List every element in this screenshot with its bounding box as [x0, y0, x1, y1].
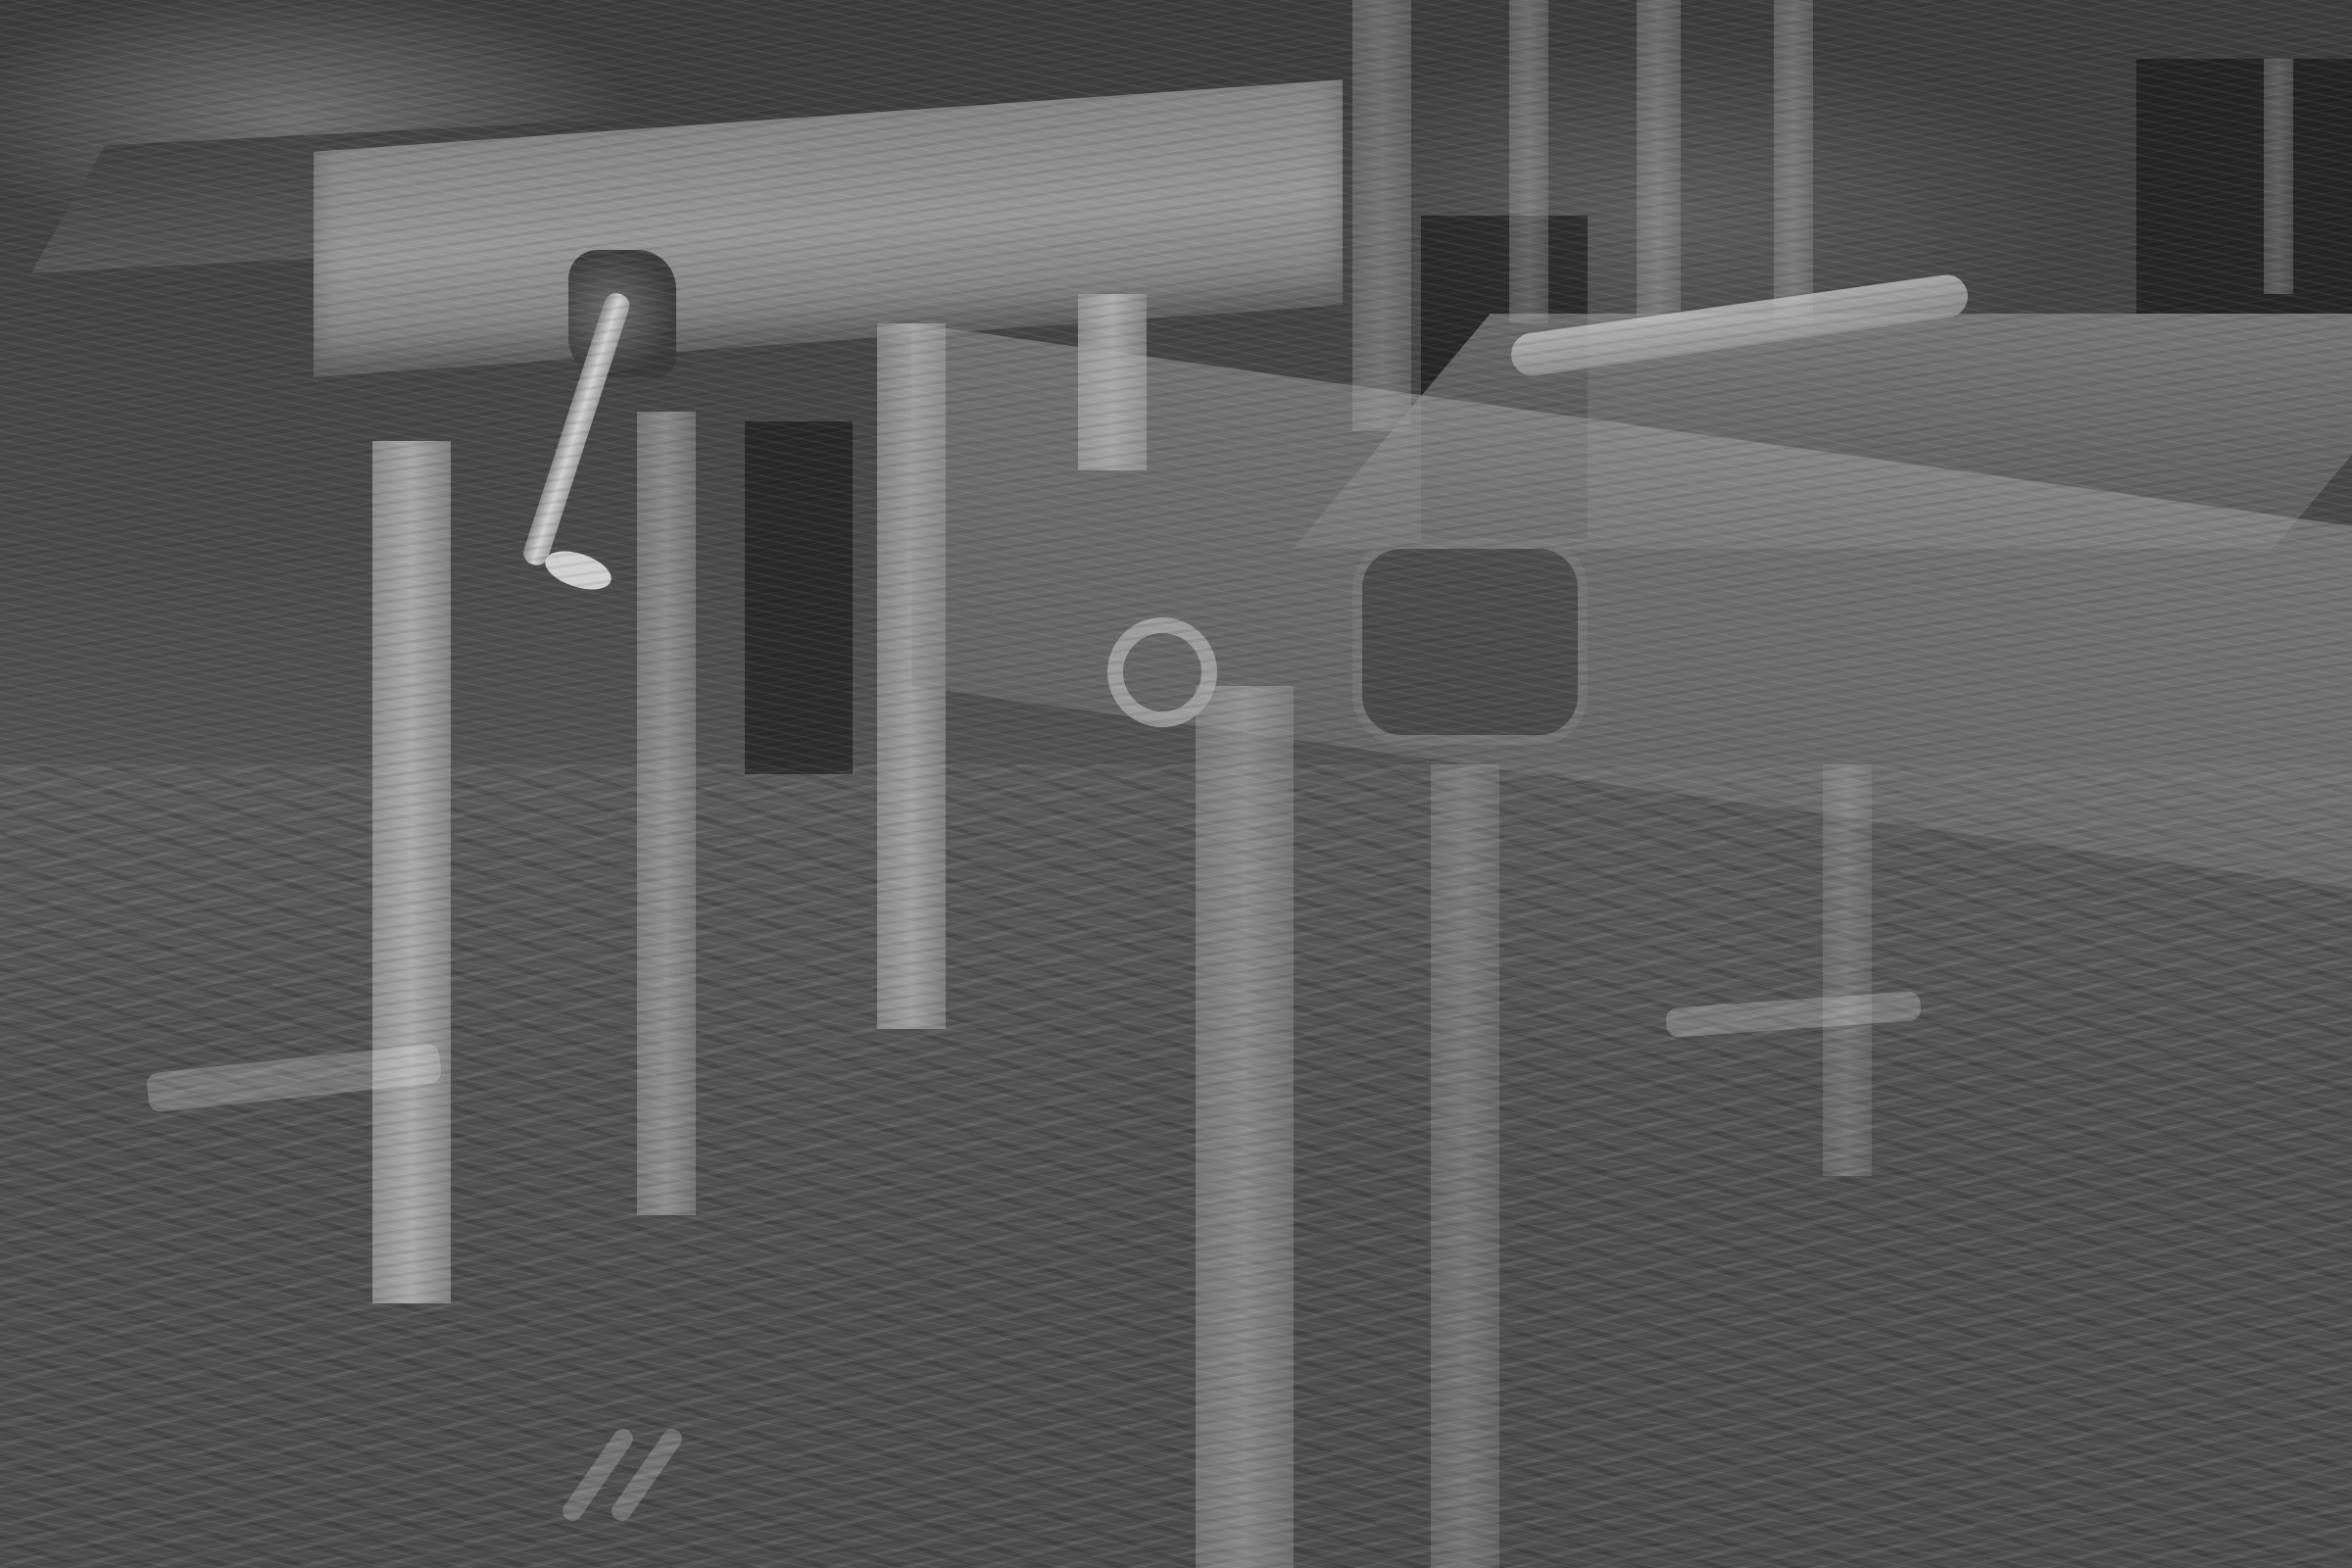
photograph — [0, 0, 2352, 1568]
background-shadow — [2136, 59, 2352, 314]
ghost-post — [1774, 0, 1813, 323]
ghost-post — [1509, 0, 1548, 323]
ghost-post — [1637, 0, 1681, 323]
background-shadow — [745, 421, 853, 774]
workbench-leg — [372, 441, 451, 1303]
workbench-top — [314, 79, 1343, 376]
ghost-post — [1352, 0, 1411, 431]
grass-ground — [0, 764, 2352, 1568]
ghost-vise — [1352, 539, 1588, 745]
ghost-workbench-leg — [1431, 764, 1499, 1568]
ghost-workbench-leg — [1196, 686, 1294, 1568]
workbench-leg — [637, 412, 696, 1215]
ghost-post — [2264, 59, 2293, 294]
vise-handle-knob — [540, 544, 615, 597]
ghost-workbench-leg — [1823, 764, 1872, 1176]
